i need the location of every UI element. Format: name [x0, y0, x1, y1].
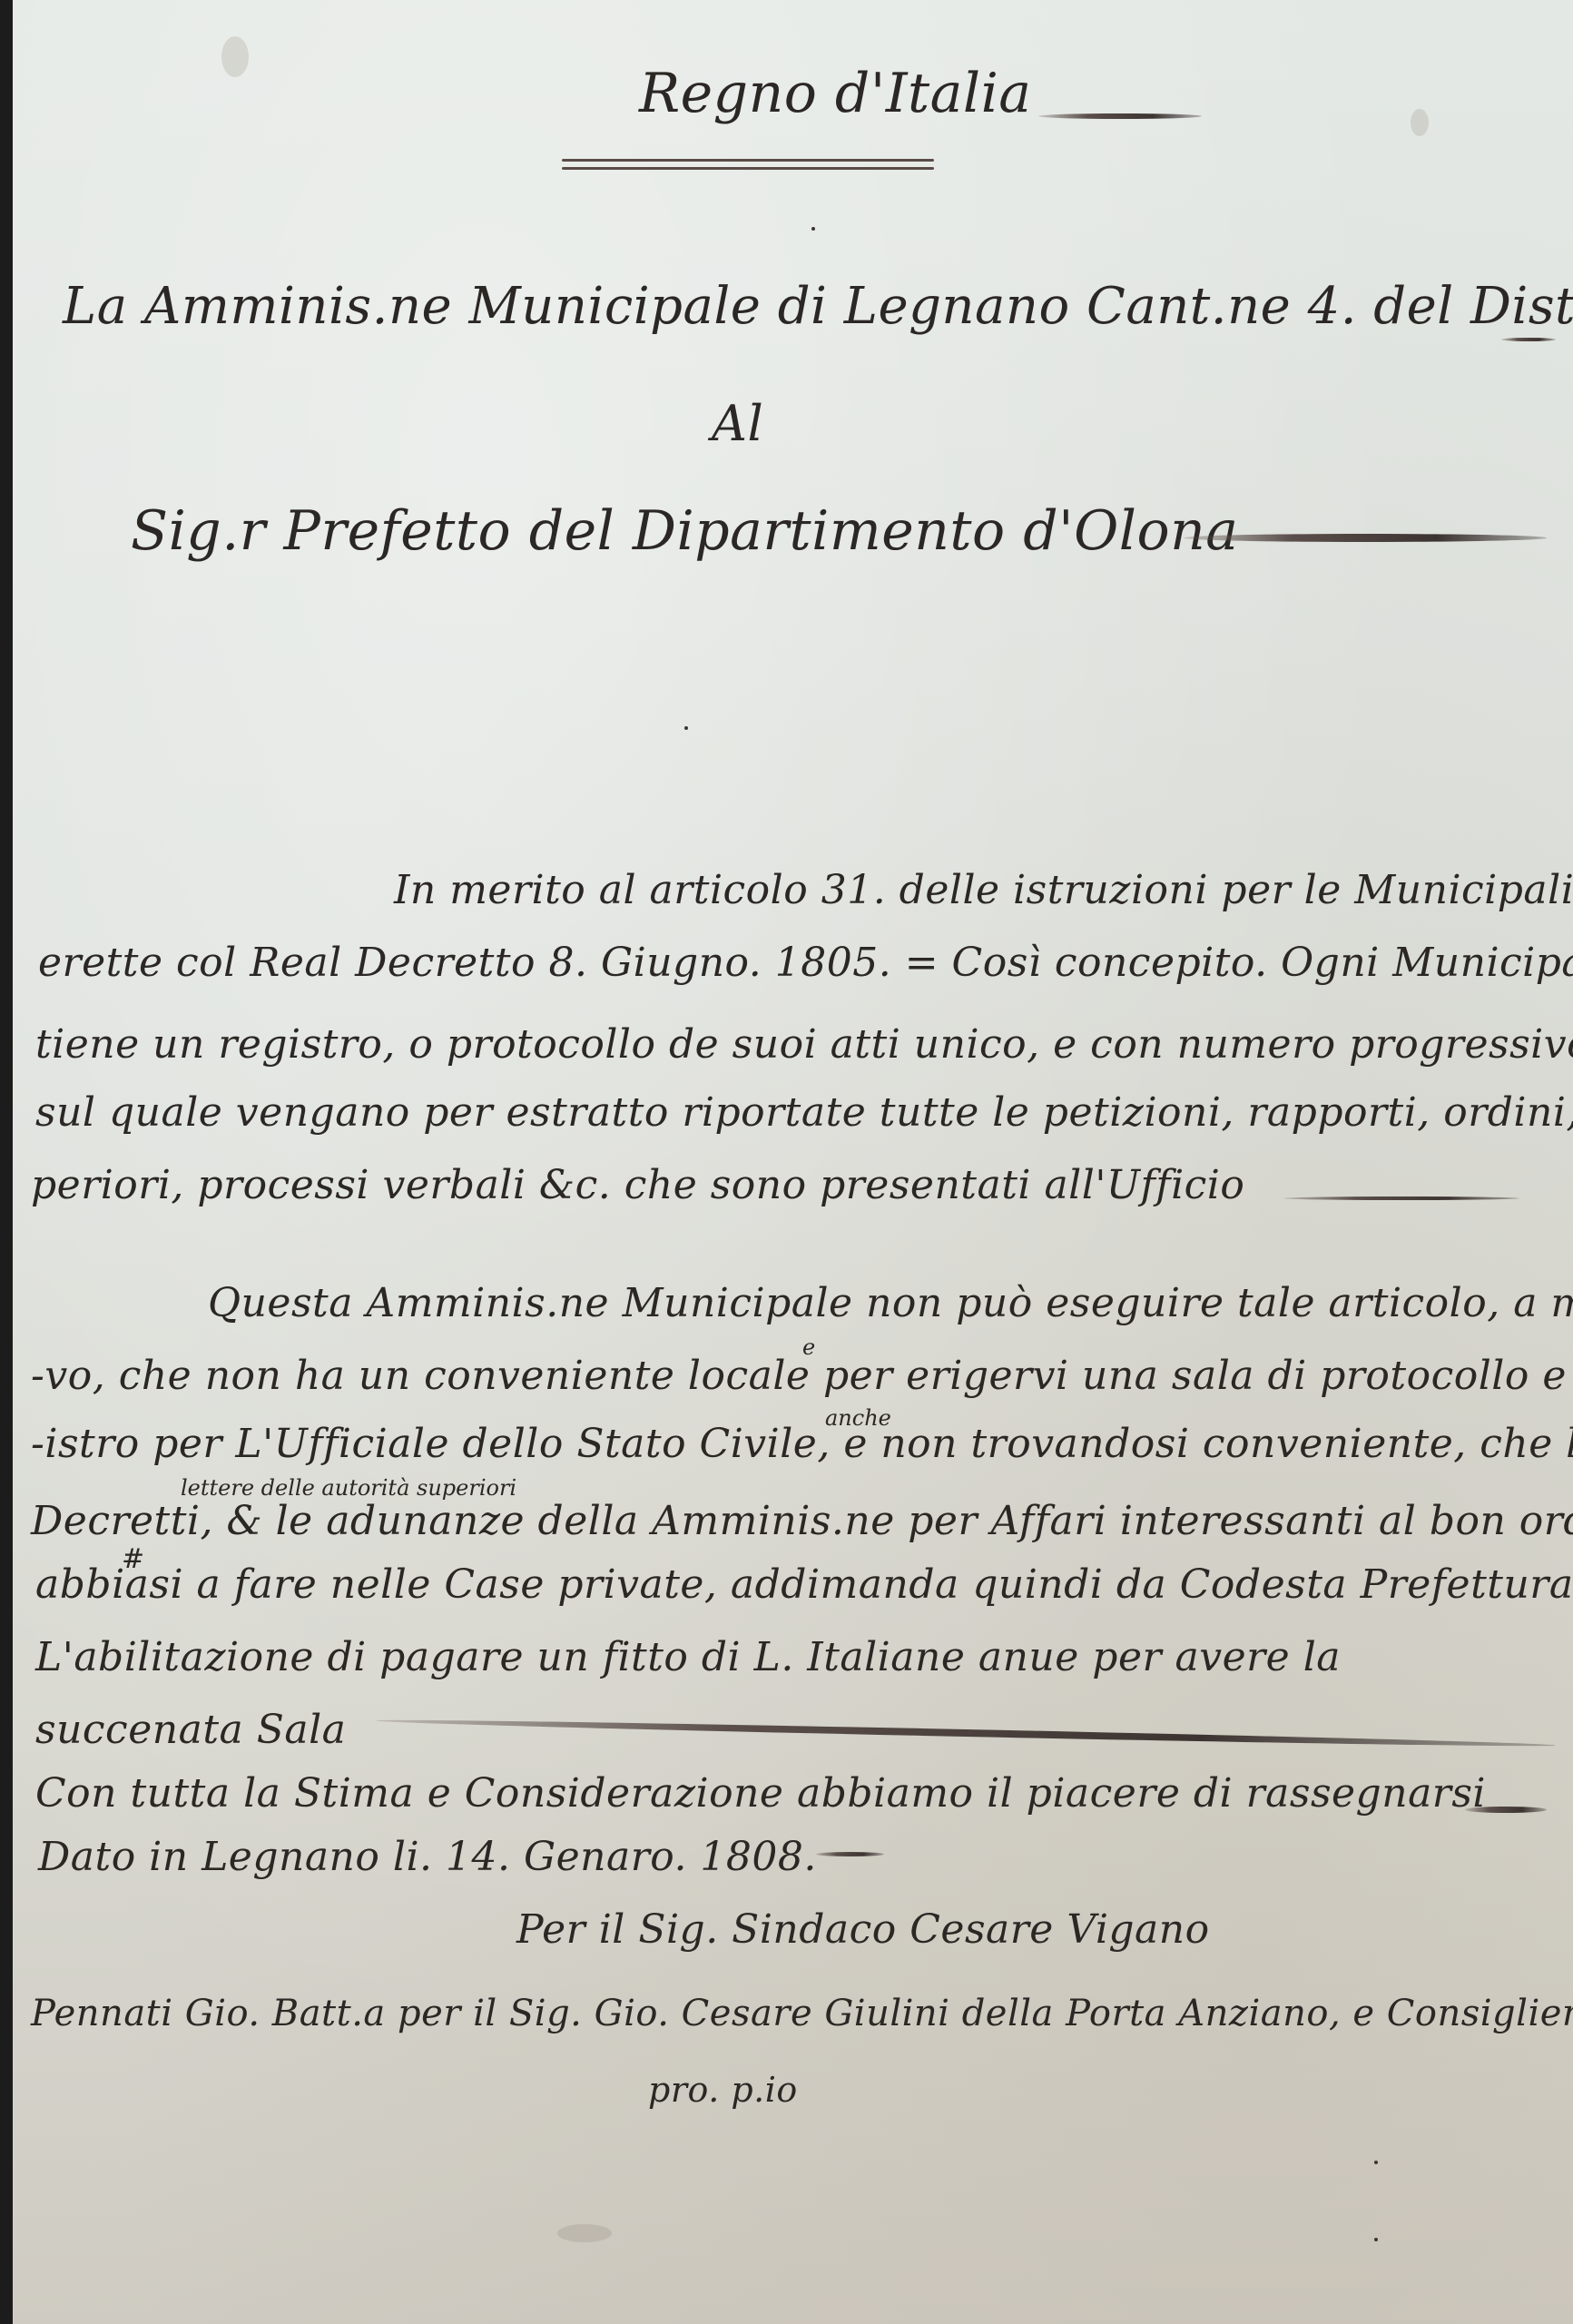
paper-stain — [221, 36, 249, 77]
addressee-connector: Al — [712, 395, 763, 452]
closing-flourish — [1465, 1807, 1547, 1813]
sender-flourish — [1501, 338, 1556, 341]
sender-line: La Amminis.ne Municipale di Legnano Cant… — [63, 277, 1573, 336]
recipient-flourish — [1184, 534, 1547, 542]
paper-stain — [1411, 109, 1429, 136]
paragraph-1-line: sul quale vengano per estratto riportate… — [35, 1089, 1573, 1136]
signature-councillor: Pennati Gio. Batt.a per il Sig. Gio. Ces… — [31, 1993, 1573, 2034]
recipient-line: Sig.r Prefetto del Dipartimento d'Olona — [131, 499, 1239, 563]
paragraph-2-line: abbiasi a fare nelle Case private, addim… — [35, 1561, 1573, 1608]
paragraph-1-line: erette col Real Decretto 8. Giugno. 1805… — [38, 940, 1573, 986]
signature-mayor: Per il Sig. Sindaco Cesare Vigano — [516, 1906, 1210, 1953]
paragraph-1-end-flourish — [1283, 1196, 1519, 1200]
paper-stain — [557, 2224, 612, 2242]
date-line: Dato in Legnano li. 14. Genaro. 1808. — [38, 1834, 817, 1880]
paragraph-2-line: L'abilitazione di pagare un fitto di L. … — [35, 1634, 1341, 1680]
interlinear-note: lettere delle autorità superiori — [181, 1475, 516, 1501]
paragraph-2-line: Questa Amminis.ne Municipale non può ese… — [208, 1280, 1573, 1326]
paragraph-1-line: periori, processi verbali &c. che sono p… — [31, 1162, 1244, 1208]
document-heading: Regno d'Italia — [639, 62, 1032, 125]
interlinear-note: e — [802, 1334, 815, 1360]
paragraph-2-line: Decretti, & le adunanze della Amminis.ne… — [31, 1498, 1573, 1544]
ink-speck — [811, 227, 815, 231]
closing-line: Con tutta la Stima e Considerazione abbi… — [35, 1770, 1486, 1817]
manuscript-page: Regno d'Italia La Amminis.ne Municipale … — [13, 0, 1573, 2324]
heading-underline — [562, 159, 934, 162]
paragraph-1-line: In merito al articolo 31. delle istruzio… — [394, 867, 1573, 913]
interlinear-note: anche — [825, 1405, 891, 1431]
ink-speck — [1374, 2161, 1378, 2164]
signature-pro-proprio: pro. p.io — [648, 2070, 798, 2110]
paragraph-1-line: tiene un registro, o protocollo de suoi … — [35, 1021, 1573, 1068]
paragraph-2-line: succenata Sala — [35, 1707, 346, 1753]
ink-speck — [1374, 2238, 1378, 2241]
heading-flourish — [1038, 113, 1202, 119]
ink-speck — [684, 726, 688, 730]
paragraph-2-line: -istro per L'Ufficiale dello Stato Civil… — [31, 1421, 1573, 1467]
date-flourish — [816, 1852, 884, 1856]
heading-underline — [562, 167, 934, 170]
paragraph-2-end-flourish — [376, 1717, 1556, 1748]
